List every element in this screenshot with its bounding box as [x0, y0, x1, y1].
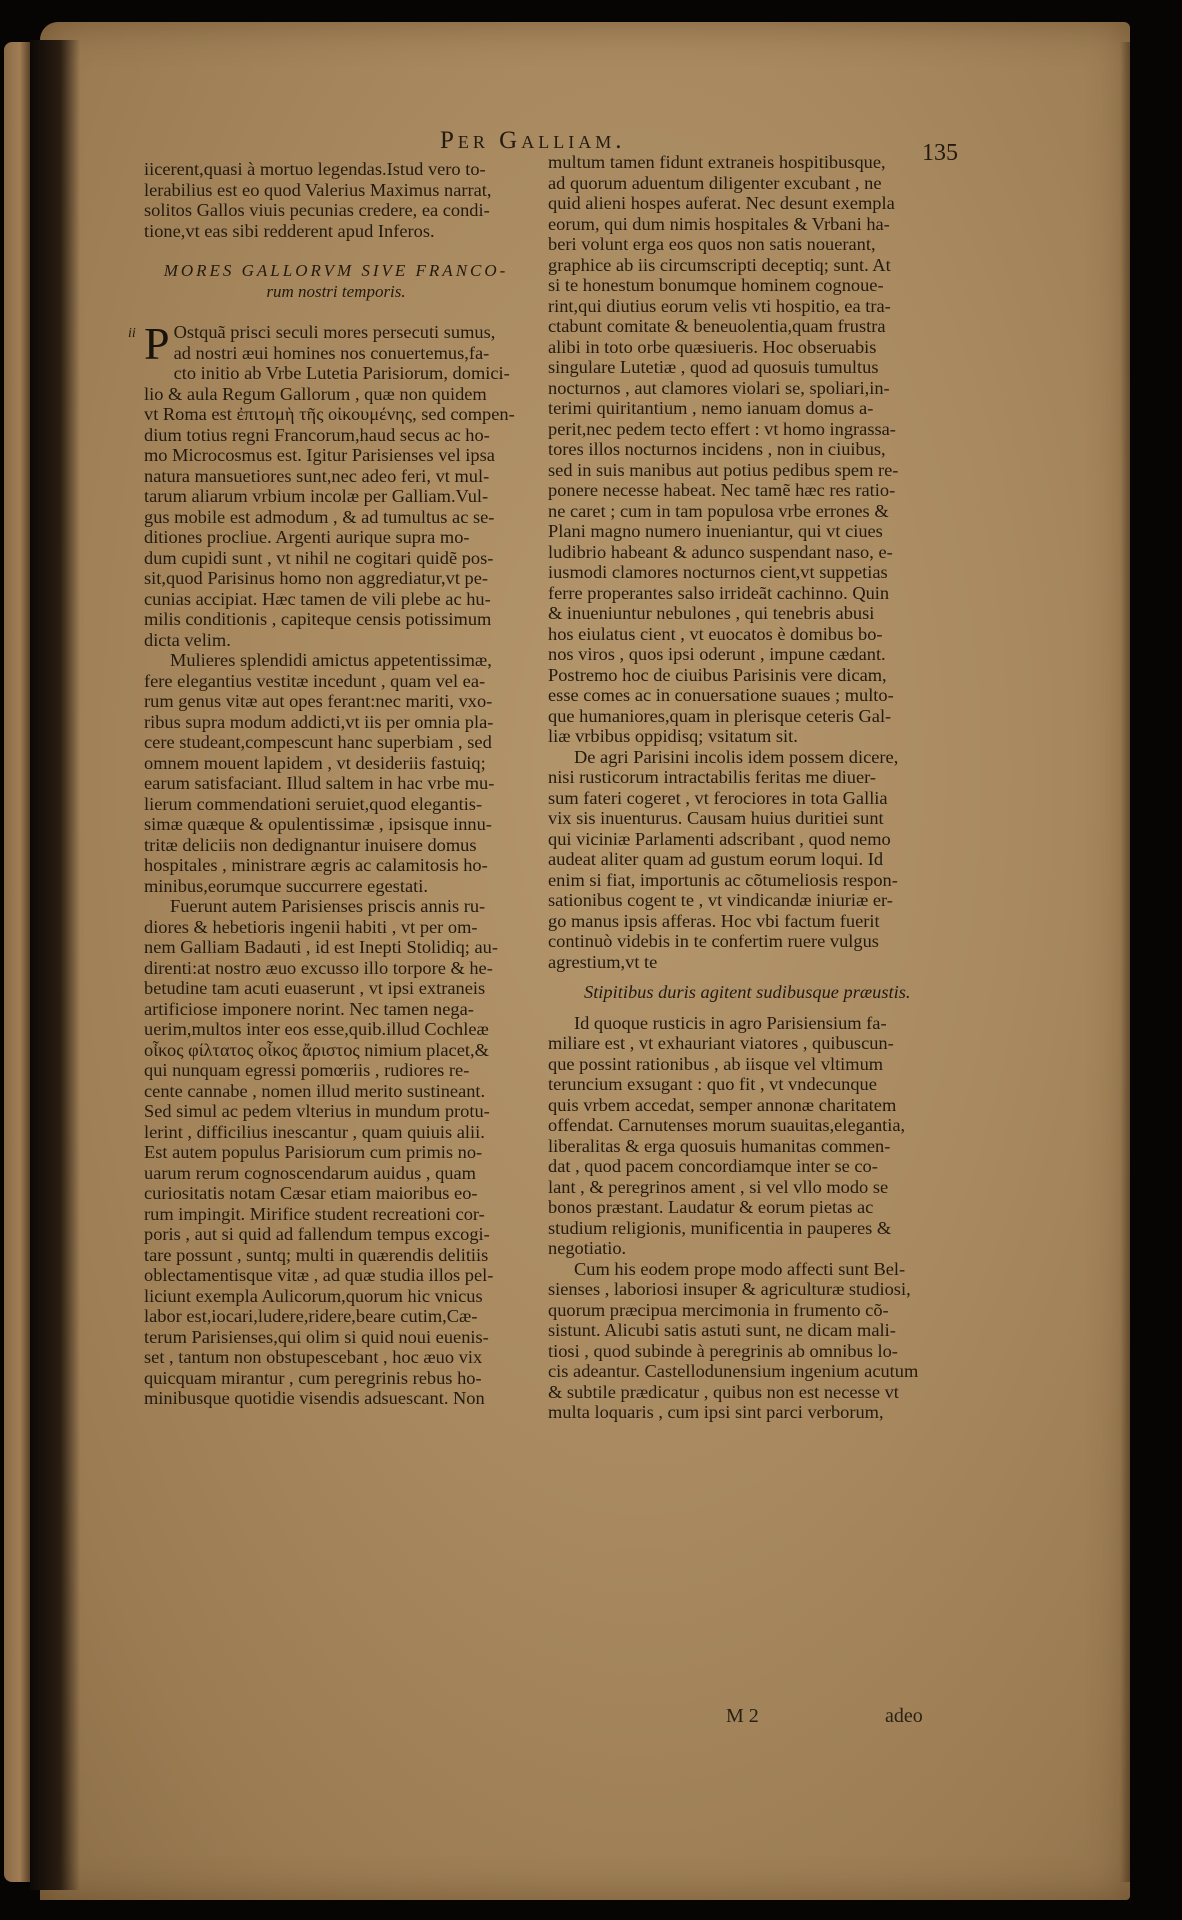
text-line: vix sis inuenturus. Causam huius duritie…: [548, 808, 940, 829]
text-line: multa loquaris , cum ipsi sint parci ver…: [548, 1402, 940, 1423]
text-line: omnem mouent lapidem , vt desideriis fas…: [144, 753, 528, 774]
text-line: sistunt. Alicubi satis astuti sunt, ne d…: [548, 1320, 940, 1341]
left-lines-top: iicerent,quasi à mortuo legendas.Istud v…: [144, 159, 528, 241]
text-line: negotiatio.: [548, 1238, 940, 1259]
text-line: ad nostri æui homines nos conuertemus,fa…: [144, 343, 528, 364]
text-line: quid alieni hospes auferat. Nec desunt e…: [548, 193, 940, 214]
text-line: diores & hebetioris ingenii habiti , vt …: [144, 917, 528, 938]
text-line: que possint rationibus , ab iisque vel v…: [548, 1054, 940, 1075]
text-line: sienses , laboriosi insuper & agricultur…: [548, 1279, 940, 1300]
text-line: ditiones procliue. Argenti aurique supra…: [144, 527, 528, 548]
text-line: sit,quod Parisinus homo non aggrediatur,…: [144, 568, 528, 589]
text-line: tritæ deliciis non dedignantur inuisere …: [144, 835, 528, 856]
text-line: quis vrbem accedat, semper annonæ charit…: [548, 1095, 940, 1116]
text-line: lierum commendationi seruiet,quod elegan…: [144, 794, 528, 815]
text-line: continuò videbis in te confertim ruere v…: [548, 931, 940, 952]
text-line: minibus,eorumque succurrere egestati.: [144, 876, 528, 897]
right-lines-c: miliare est , vt exhauriant viatores , q…: [548, 1033, 940, 1259]
text-line: graphice ab iis circumscripti deceptiq; …: [548, 255, 940, 276]
text-line: nem Galliam Badauti , id est Inepti Stol…: [144, 937, 528, 958]
text-line: tores illos nocturnos incidens , non in …: [548, 439, 940, 460]
text-line: ludibrio habeant & adunco suspendant nas…: [548, 542, 940, 563]
right-lines-d: sienses , laboriosi insuper & agricultur…: [548, 1279, 940, 1423]
text-line: labor est,iocari,ludere,ridere,beare cut…: [144, 1306, 528, 1327]
text-line: tarum aliarum vrbium incolæ per Galliam.…: [144, 486, 528, 507]
text-line: lerint , difficilius inescantur , quam q…: [144, 1122, 528, 1143]
book-page: Per Galliam. 135 iicerent,quasi à mortuo…: [40, 22, 1130, 1900]
text-line: liberalitas & erga quosuis humanitas com…: [548, 1136, 940, 1157]
text-line: cente cannabe , nomen illud merito susti…: [144, 1081, 528, 1102]
text-line: nisi rusticorum intractabilis feritas me…: [548, 767, 940, 788]
text-line: mo Microcosmus est. Igitur Parisienses v…: [144, 445, 528, 466]
text-line: minibusque quotidie visendis adsuescant.…: [144, 1388, 528, 1409]
text-line: Plani magno numero inueniantur, qui vt c…: [548, 521, 940, 542]
text-line: & inueniuntur nebulones , qui tenebris a…: [548, 603, 940, 624]
text-line: sum fateri cogeret , vt ferociores in to…: [548, 788, 940, 809]
text-line: vt Roma est ἐπιτομὴ τῆς οἰκουμένης, sed …: [144, 404, 528, 425]
text-line: gus mobile est admodum , & ad tumultus a…: [144, 507, 528, 528]
text-line: direnti:at nostro æuo excusso illo torpo…: [144, 958, 528, 979]
text-line: ribus supra modum addicti,vt iis per omn…: [144, 712, 528, 733]
text-line: rum impingit. Mirifice student recreatio…: [144, 1204, 528, 1225]
left-lines-p3: diores & hebetioris ingenii habiti , vt …: [144, 917, 528, 1409]
text-line: qui nunquam egressi pomœriis , rudiores …: [144, 1060, 528, 1081]
text-line: tare possunt , suntq; multi in quærendis…: [144, 1245, 528, 1266]
text-line: go manus ipsis afferas. Hoc vbi factum f…: [548, 911, 940, 932]
first-paragraph: ii P Ostquã prisci seculi mores persecut…: [144, 322, 528, 650]
text-line: esse comes ac in conuersatione suaues ; …: [548, 685, 940, 706]
text-line: quicquam mirantur , cum peregrinis rebus…: [144, 1368, 528, 1389]
gutter-shadow: [30, 40, 80, 1890]
text-line: lio & aula Regum Gallorum , quæ non quid…: [144, 384, 528, 405]
text-line: curiositatis notam Cæsar etiam maioribus…: [144, 1183, 528, 1204]
text-line: tione,vt eas sibi redderent apud Inferos…: [144, 221, 528, 242]
text-line: cere studeant,compescunt hanc superbiam …: [144, 732, 528, 753]
text-line: audeat aliter quam ad gustum eorum loqui…: [548, 849, 940, 870]
previous-page-edge: [4, 42, 30, 1882]
section-heading: MORES GALLORVM SIVE FRANCO-: [144, 261, 528, 282]
text-line: uerim,multos inter eos esse,quib.illud C…: [144, 1019, 528, 1040]
text-line: nos viros , quos ipsi oderunt , impune c…: [548, 644, 940, 665]
text-line: iusmodi clamores nocturnos cient,vt supp…: [548, 562, 940, 583]
text-line: iicerent,quasi à mortuo legendas.Istud v…: [144, 159, 528, 180]
text-line: ponere necesse habeat. Nec tamẽ hæc res …: [548, 480, 940, 501]
left-lines-p2: fere elegantius vestitæ incedunt , quam …: [144, 671, 528, 897]
running-head: Per Galliam.: [440, 127, 625, 155]
text-line: ctabunt comitate & beneuolentia,quam fru…: [548, 316, 940, 337]
text-line: earum satisfaciant. Illud saltem in hac …: [144, 773, 528, 794]
text-line: artificiose imponere norint. Nec tamen n…: [144, 999, 528, 1020]
text-line: liæ vrbibus oppidisq; vsitatum sit.: [548, 726, 940, 747]
text-line: uarum rerum cognoscendarum auidus , quam: [144, 1163, 528, 1184]
marginal-note: ii: [128, 324, 136, 345]
text-line: agrestium,vt te: [548, 952, 940, 973]
text-line: οἶκος φίλτατος οἶκος ἄριστος nimium plac…: [144, 1040, 528, 1061]
text-line: Postremo hoc de ciuibus Parisinis vere d…: [548, 665, 940, 686]
text-line: cis adeantur. Castellodunensium ingenium…: [548, 1361, 940, 1382]
text-line: rum genus vitæ aut opes ferant:nec marit…: [144, 691, 528, 712]
text-line: miliare est , vt exhauriant viatores , q…: [548, 1033, 940, 1054]
text-line: nocturnos , aut clamores violari se, spo…: [548, 378, 940, 399]
text-line: que humaniores,quam in plerisque ceteris…: [548, 706, 940, 727]
text-line: cunias accipiat. Hæc tamen de vili plebe…: [144, 589, 528, 610]
paragraph-start: Mulieres splendidi amictus appetentissim…: [144, 650, 528, 671]
text-line: fere elegantius vestitæ incedunt , quam …: [144, 671, 528, 692]
paragraph-start: Fuerunt autem Parisienses priscis annis …: [144, 896, 528, 917]
text-line: terum Parisienses,qui olim si quid noui …: [144, 1327, 528, 1348]
text-line: lerabilius est eo quod Valerius Maximus …: [144, 180, 528, 201]
text-line: dat , quod pacem concordiamque inter se …: [548, 1156, 940, 1177]
text-line: lant , & peregrinos ament , si vel vllo …: [548, 1177, 940, 1198]
text-line: enim si fiat, importunis ac cõtumeliosis…: [548, 870, 940, 891]
text-line: ad quorum aduentum diligenter excubant ,…: [548, 173, 940, 194]
text-line: beri volunt erga eos quos non satis noue…: [548, 234, 940, 255]
text-line: offendat. Carnutenses morum suauitas,ele…: [548, 1115, 940, 1136]
right-lines-b: nisi rusticorum intractabilis feritas me…: [548, 767, 940, 972]
left-lines-body: Ostquã prisci seculi mores persecuti sum…: [144, 322, 528, 650]
text-line: hospitales , ministrare ægris ac calamit…: [144, 855, 528, 876]
text-line: dium totius regni Francorum,haud secus a…: [144, 425, 528, 446]
text-line: ne caret ; cum in tam populosa vrbe erro…: [548, 501, 940, 522]
text-line: poris , aut si quid ad fallendum tempus …: [144, 1224, 528, 1245]
text-line: oblectamentisque vitæ , ad quæ studia il…: [144, 1265, 528, 1286]
text-line: simæ quæque & opulentissimæ , ipsisque i…: [144, 814, 528, 835]
left-column: iicerent,quasi à mortuo legendas.Istud v…: [144, 159, 528, 1409]
text-line: hos eiulatus cient , vt euocatos è domib…: [548, 624, 940, 645]
text-line: studium religionis, munificentia in paup…: [548, 1218, 940, 1239]
text-line: bonos præstant. Laudatur & eorum pietas …: [548, 1197, 940, 1218]
right-lines-a: multum tamen fidunt extraneis hospitibus…: [548, 152, 940, 747]
text-line: quorum præcipua mercimonia in frumento c…: [548, 1300, 940, 1321]
text-line: terimi quiritantium , nemo ianuam domus …: [548, 398, 940, 419]
text-line: rint,qui diutius eorum velis vti hospiti…: [548, 296, 940, 317]
text-line: Sed simul ac pedem vlterius in mundum pr…: [144, 1101, 528, 1122]
verse-quotation: Stipitibus duris agitent sudibusque præu…: [548, 982, 940, 1003]
text-line: sationibus cogent te , vt vindicandæ ini…: [548, 890, 940, 911]
text-line: milis conditionis , capiteque censis pot…: [144, 609, 528, 630]
text-line: ferre properantes salso irrideãt cachinn…: [548, 583, 940, 604]
drop-cap: P: [144, 324, 170, 364]
text-line: solitos Gallos viuis pecunias credere, e…: [144, 200, 528, 221]
text-line: set , tantum non obstupescebant , hoc æu…: [144, 1347, 528, 1368]
text-line: multum tamen fidunt extraneis hospitibus…: [548, 152, 940, 173]
right-column: multum tamen fidunt extraneis hospitibus…: [548, 152, 940, 1423]
text-line: perit,nec pedem tecto effert : vt homo i…: [548, 419, 940, 440]
text-line: eorum, qui dum nimis hospitales & Vrbani…: [548, 214, 940, 235]
text-line: betudine tam acuti euaserunt , vt ipsi e…: [144, 978, 528, 999]
section-heading-sub: rum nostri temporis.: [144, 282, 528, 303]
text-line: alibi in toto orbe quæsiueris. Hoc obser…: [548, 337, 940, 358]
text-line: dicta velim.: [144, 630, 528, 651]
text-line: Ostquã prisci seculi mores persecuti sum…: [144, 322, 528, 343]
paragraph-start: Cum his eodem prope modo affecti sunt Be…: [548, 1259, 940, 1280]
text-line: cto initio ab Vrbe Lutetia Parisiorum, d…: [144, 363, 528, 384]
text-line: qui viciniæ Parlamenti adscribant , quod…: [548, 829, 940, 850]
paragraph-start: De agri Parisini incolis idem possem dic…: [548, 747, 940, 768]
catchword: adeo: [885, 1705, 923, 1728]
text-line: si te honestum bonumque hominem cognoue-: [548, 275, 940, 296]
text-line: sed in suis manibus aut potius pedibus s…: [548, 460, 940, 481]
text-line: tiosi , quod subinde à peregrinis ab omn…: [548, 1341, 940, 1362]
text-line: liciunt exempla Aulicorum,quorum hic vni…: [144, 1286, 528, 1307]
text-line: Est autem populus Parisiorum cum primis …: [144, 1142, 528, 1163]
text-line: teruncium exsugant : quo fit , vt vndecu…: [548, 1074, 940, 1095]
text-line: natura mansuetiores sunt,nec adeo feri, …: [144, 466, 528, 487]
text-line: dum cupidi sunt , vt nihil ne cogitari q…: [144, 548, 528, 569]
signature-mark: M 2: [726, 1705, 759, 1728]
text-line: singulare Lutetiæ , quod ad quosuis tumu…: [548, 357, 940, 378]
paragraph-start: Id quoque rusticis in agro Parisiensium …: [548, 1013, 940, 1034]
text-line: & subtile prædicatur , quibus non est ne…: [548, 1382, 940, 1403]
